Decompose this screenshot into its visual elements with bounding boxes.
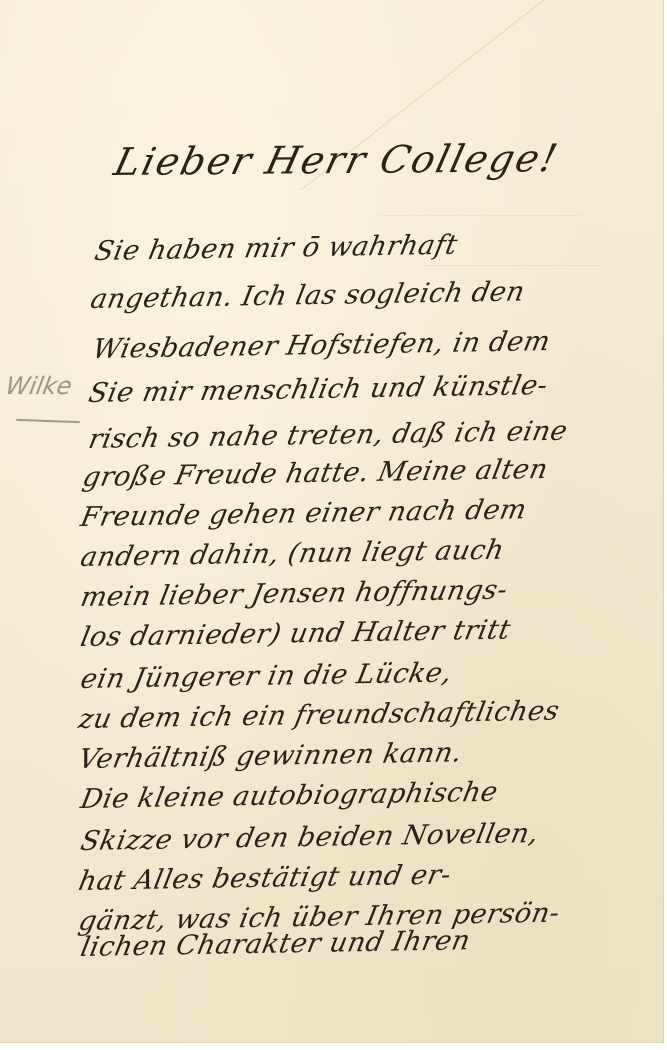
letter-line-11: ein Jüngerer in die Lücke, xyxy=(78,658,455,695)
letter-line-15: Skizze vor den beiden Novellen, xyxy=(78,818,541,857)
letter-line-6: große Freude hatte. Meine alten xyxy=(80,454,551,493)
letter-line-13: Verhältniß gewinnen kann. xyxy=(76,737,465,775)
letter-line-3: Wiesbadener Hofstiefen, in dem xyxy=(90,326,553,365)
paper-bleed-mark xyxy=(420,265,600,266)
paper-bleed-mark xyxy=(380,215,580,216)
letter-page: Lieber Herr College! Sie haben mir ō wah… xyxy=(0,0,664,1043)
margin-annotation-underline xyxy=(16,419,80,423)
letter-line-1: Sie haben mir ō wahrhaft xyxy=(92,230,460,267)
letter-line-4: Sie mir menschlich und künstle- xyxy=(86,370,551,409)
letter-line-18: lichen Charakter und Ihren xyxy=(78,925,473,963)
letter-line-2: angethan. Ich las sogleich den xyxy=(88,276,528,315)
letter-line-5: risch so nahe treten, daß ich eine xyxy=(86,416,570,455)
letter-line-9: mein lieber Jensen hoffnungs- xyxy=(78,575,510,613)
letter-line-14: Die kleine autobiographische xyxy=(78,777,501,815)
salutation: Lieber Herr College! xyxy=(110,136,563,184)
letter-line-16: hat Alles bestätigt und er- xyxy=(76,860,454,897)
margin-annotation: Wilke xyxy=(4,372,75,400)
letter-line-12: zu dem ich ein freundschaftliches xyxy=(76,696,562,735)
letter-line-7: Freunde gehen einer nach dem xyxy=(78,494,529,533)
letter-line-8: andern dahin, (nun liegt auch xyxy=(78,535,507,573)
letter-line-10: los darnieder) und Halter tritt xyxy=(78,615,513,653)
